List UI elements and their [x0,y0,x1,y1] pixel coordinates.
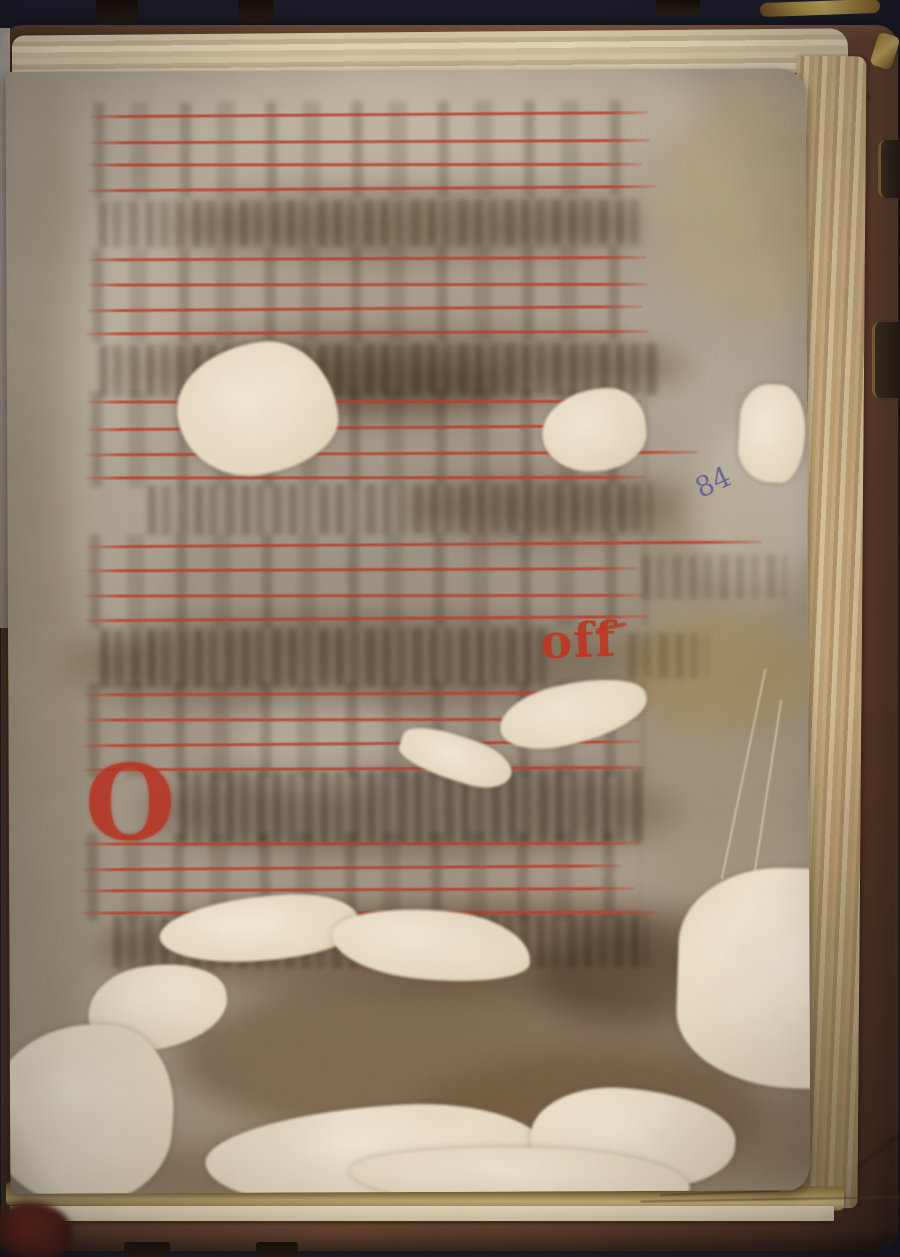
clasp-fitting [872,322,900,398]
stain-blotch [12,68,97,1177]
initial-letter-O: O [85,751,176,855]
page-edges-bottom-inner [10,1206,834,1221]
ghost-text-band [628,633,708,679]
gilt-edge-trim [760,0,880,17]
ghost-text-band [147,483,652,535]
manuscript-photograph: O off 84 [0,0,900,1257]
binding-boss [656,0,700,16]
binding-boss [238,0,274,22]
page-content: O off 84 [6,68,811,1193]
stand-foot [256,1242,298,1257]
stand-foot [124,1242,170,1257]
binding-boss [96,0,138,24]
clasp-fitting [878,140,900,198]
offertory-rubric: off [539,614,617,670]
ghost-text-band [642,554,787,599]
parchment-page: O off 84 [6,68,811,1193]
ghost-text-band [100,627,548,687]
flake-patch [737,383,808,484]
ghost-text-band [98,199,643,247]
